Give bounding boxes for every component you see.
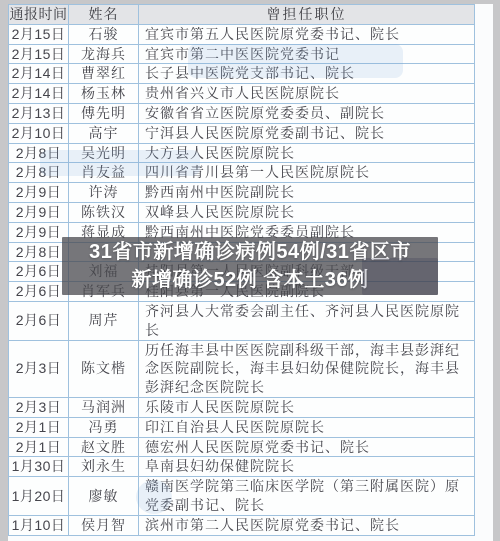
cell-position: 安徽省省立医院原党委委员、副院长	[139, 104, 475, 123]
cell-report-time: 2月14日	[9, 64, 69, 83]
cell-name: 周芹	[69, 302, 139, 340]
cell-report-time: 2月6日	[9, 262, 69, 281]
table-row: 1月10日侯月智滨州市第二人民医院原党委书记、院长	[9, 516, 475, 536]
table-row: 2月15日石骏宜宾市第五人民医院原党委书记、院长	[9, 25, 475, 45]
table-row: 2月3日陈文楷历任海丰县中医医院副科级干部，海丰县彭湃纪念医院副院长，海丰县妇幼…	[9, 341, 475, 398]
col-header-name: 姓名	[69, 5, 139, 24]
table-header-row: 通报时间 姓名 曾担任职位	[9, 5, 475, 25]
table-row: 2月14日杨玉林贵州省兴义市人民医院原院长	[9, 84, 475, 104]
cell-name: 龙海兵	[69, 45, 139, 64]
cell-name: 廖敏	[69, 477, 139, 515]
cell-position: 阜南县妇幼保健院院长	[139, 457, 475, 476]
cell-name: 高宇	[69, 124, 139, 143]
cell-position: 双峰县人民医院原院长	[139, 203, 475, 222]
cell-name: 刘永生	[69, 457, 139, 476]
cell-report-time: 1月10日	[9, 516, 69, 535]
table-row: 2月3日马润洲乐陵市人民医院原院长	[9, 398, 475, 418]
cell-report-time: 2月10日	[9, 124, 69, 143]
cell-report-time: 2月8日	[9, 243, 69, 262]
table-row: 2月13日傅先明安徽省省立医院原党委委员、副院长	[9, 104, 475, 124]
cell-position: 德宏州人民医院原党委书记、院长	[139, 438, 475, 457]
cell-position: 齐河县人大常委会副主任、齐河县人民医院原院长	[139, 302, 475, 340]
cell-name: 赵文胜	[69, 438, 139, 457]
cell-position: 宁洱县人民医院原党委副书记、院长	[139, 124, 475, 143]
cell-report-time: 2月1日	[9, 438, 69, 457]
col-header-position: 曾担任职位	[139, 5, 475, 24]
cell-position: 宜宾市第五人民医院原党委书记、院长	[139, 25, 475, 44]
cell-report-time: 2月6日	[9, 302, 69, 340]
cell-report-time: 2月3日	[9, 398, 69, 417]
cell-position: 印江自治县人民医院原院长	[139, 418, 475, 437]
cell-report-time: 1月30日	[9, 457, 69, 476]
cell-report-time: 2月13日	[9, 104, 69, 123]
cell-name: 陈文楷	[69, 341, 139, 397]
cell-report-time: 1月20日	[9, 477, 69, 515]
cell-report-time: 2月9日	[9, 223, 69, 242]
cell-name: 冯勇	[69, 418, 139, 437]
cell-name: 杨玉林	[69, 84, 139, 103]
cell-position: 历任海丰县中医医院副科级干部，海丰县彭湃纪念医院副院长，海丰县妇幼保健院院长，海…	[139, 341, 475, 397]
table-row: 1月30日刘永生阜南县妇幼保健院院长	[9, 457, 475, 477]
cell-report-time: 2月9日	[9, 203, 69, 222]
watermark-logo-patch	[362, 258, 438, 295]
table-row: 2月9日陈铁汉双峰县人民医院原院长	[9, 203, 475, 223]
cell-position: 滨州市第二人民医院原党委书记、院长	[139, 516, 475, 535]
table-row: 1月20日廖敏赣南医学院第三临床医学院（第三附属医院）原党委副书记、院长	[9, 477, 475, 516]
table-row: 2月6日周芹齐河县人大常委会副主任、齐河县人民医院原院长	[9, 302, 475, 341]
cell-position: 赣南医学院第三临床医学院（第三附属医院）原党委副书记、院长	[139, 477, 475, 515]
cell-name: 傅先明	[69, 104, 139, 123]
cell-name: 许涛	[69, 183, 139, 202]
cell-report-time: 2月14日	[9, 84, 69, 103]
watermark-blob	[188, 44, 403, 78]
cell-report-time: 2月1日	[9, 418, 69, 437]
table-row: 2月10日高宇宁洱县人民医院原党委副书记、院长	[9, 124, 475, 144]
cell-report-time: 2月15日	[9, 45, 69, 64]
cell-name: 马润洲	[69, 398, 139, 417]
cell-name: 石骏	[69, 25, 139, 44]
watermark-blob	[136, 480, 172, 514]
watermark-blob	[40, 150, 200, 176]
cell-position: 黔西南州中医院副院长	[139, 183, 475, 202]
table-row: 2月9日许涛黔西南州中医院副院长	[9, 183, 475, 203]
cell-name: 侯月智	[69, 516, 139, 535]
cell-report-time: 2月6日	[9, 282, 69, 301]
cell-report-time: 2月3日	[9, 341, 69, 397]
cell-report-time: 2月9日	[9, 183, 69, 202]
cell-position: 贵州省兴义市人民医院原院长	[139, 84, 475, 103]
cell-position: 乐陵市人民医院原院长	[139, 398, 475, 417]
col-header-report-time: 通报时间	[9, 5, 69, 24]
table-row: 2月1日冯勇印江自治县人民医院原院长	[9, 418, 475, 438]
screenshot-root: 通报时间 姓名 曾担任职位 2月15日石骏宜宾市第五人民医院原党委书记、院长2月…	[0, 0, 500, 541]
caption-line-2: 新增确诊52例 含本土36例	[131, 266, 368, 294]
cell-name: 曹翠红	[69, 64, 139, 83]
table-row: 2月1日赵文胜德宏州人民医院原党委书记、院长	[9, 438, 475, 458]
cell-report-time: 2月15日	[9, 25, 69, 44]
cell-name: 陈铁汉	[69, 203, 139, 222]
